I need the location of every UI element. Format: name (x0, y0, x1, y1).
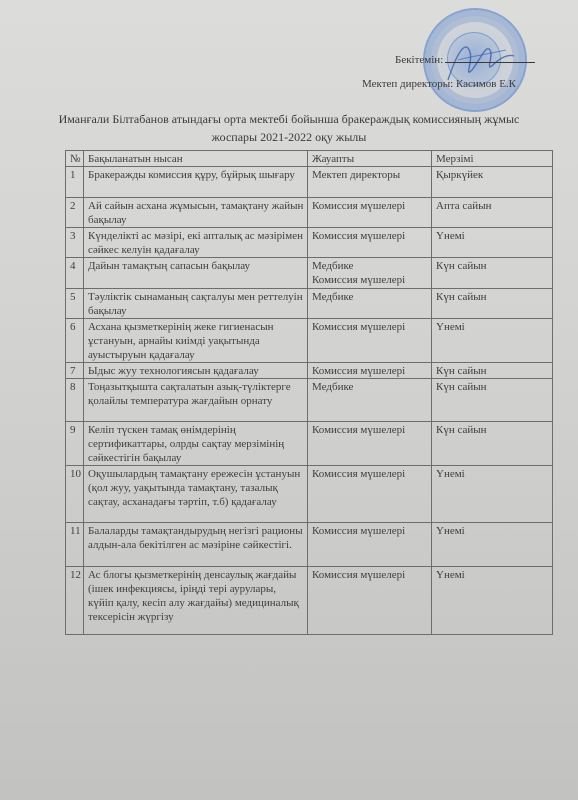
table-row: 4Дайын тамақтың сапасын бақылауМедбике К… (66, 258, 553, 289)
row-responsible: Комиссия мүшелері (308, 228, 432, 258)
row-term: Қыркүйек (432, 167, 553, 198)
row-number: 2 (66, 198, 84, 228)
row-number: 5 (66, 289, 84, 319)
row-object: Ай сайын асхана жұмысын, тамақтану жайын… (84, 198, 308, 228)
row-term: Үнемі (432, 567, 553, 635)
row-object: Тәуліктік сынаманың сақталуы мен реттелу… (84, 289, 308, 319)
table-row: 7Ыдыс жуу технологиясын қадағалауКомисси… (66, 363, 553, 379)
row-term: Күн сайын (432, 258, 553, 289)
row-number: 9 (66, 422, 84, 466)
row-term: Күн сайын (432, 379, 553, 422)
commission-plan-table: № Бақыланатын нысан Жауапты Мерзімі 1Бра… (65, 150, 553, 635)
row-responsible: Комиссия мүшелері (308, 523, 432, 567)
table-row: 5Тәуліктік сынаманың сақталуы мен реттел… (66, 289, 553, 319)
row-object: Оқушылардың тамақтану ережесін ұстануын … (84, 466, 308, 523)
row-object: Тоңазытқышта сақталатын азық-түліктерге … (84, 379, 308, 422)
table-row: 6Асхана қызметкерінің жеке гигиенасын ұс… (66, 319, 553, 363)
signature-underline (445, 52, 535, 63)
row-number: 12 (66, 567, 84, 635)
row-number: 4 (66, 258, 84, 289)
row-object: Ас блогы қызметкерінің денсаулық жағдайы… (84, 567, 308, 635)
row-object: Дайын тамақтың сапасын бақылау (84, 258, 308, 289)
row-responsible: Комиссия мүшелері (308, 363, 432, 379)
row-term: Күн сайын (432, 363, 553, 379)
approval-line: Бекітемін: (395, 52, 535, 66)
row-term: Үнемі (432, 228, 553, 258)
header-term: Мерзімі (432, 151, 553, 167)
row-term: Үнемі (432, 466, 553, 523)
row-number: 10 (66, 466, 84, 523)
row-term: Күн сайын (432, 422, 553, 466)
table-row: 9Келіп түскен тамақ өнімдерінің сертифик… (66, 422, 553, 466)
table-row: 3Күнделікті ас мәзірі, екі апталық ас мә… (66, 228, 553, 258)
row-responsible: Комиссия мүшелері (308, 198, 432, 228)
row-responsible: Мектеп директоры (308, 167, 432, 198)
row-object: Балаларды тамақтандырудың негізгі рацион… (84, 523, 308, 567)
row-number: 11 (66, 523, 84, 567)
row-object: Бракеражды комиссия құру, бұйрық шығару (84, 167, 308, 198)
row-number: 7 (66, 363, 84, 379)
title-line-1: Иманғали Білтабанов атындағы орта мектеб… (0, 110, 578, 128)
row-number: 1 (66, 167, 84, 198)
row-responsible: Медбике Комиссия мүшелері (308, 258, 432, 289)
row-term: Күн сайын (432, 289, 553, 319)
table-row: 11Балаларды тамақтандырудың негізгі раци… (66, 523, 553, 567)
row-responsible: Комиссия мүшелері (308, 567, 432, 635)
row-object: Күнделікті ас мәзірі, екі апталық ас мәз… (84, 228, 308, 258)
row-number: 6 (66, 319, 84, 363)
approve-label: Бекітемін: (395, 54, 443, 66)
table-row: 2Ай сайын асхана жұмысын, тамақтану жайы… (66, 198, 553, 228)
table-header-row: № Бақыланатын нысан Жауапты Мерзімі (66, 151, 553, 167)
table-row: 1Бракеражды комиссия құру, бұйрық шығару… (66, 167, 553, 198)
row-object: Асхана қызметкерінің жеке гигиенасын ұст… (84, 319, 308, 363)
row-responsible: Комиссия мүшелері (308, 319, 432, 363)
row-responsible: Медбике (308, 289, 432, 319)
approval-block: Бекітемін: Мектеп директоры: Касимов Е.К (278, 0, 578, 110)
header-responsible: Жауапты (308, 151, 432, 167)
row-number: 3 (66, 228, 84, 258)
row-term: Үнемі (432, 319, 553, 363)
table-row: 10Оқушылардың тамақтану ережесін ұстануы… (66, 466, 553, 523)
table-row: 12Ас блогы қызметкерінің денсаулық жағда… (66, 567, 553, 635)
title-line-2: жоспары 2021-2022 оқу жылы (0, 128, 578, 146)
row-responsible: Комиссия мүшелері (308, 422, 432, 466)
row-term: Үнемі (432, 523, 553, 567)
table-row: 8Тоңазытқышта сақталатын азық-түліктерге… (66, 379, 553, 422)
row-number: 8 (66, 379, 84, 422)
header-number: № (66, 151, 84, 167)
row-object: Келіп түскен тамақ өнімдерінің сертифика… (84, 422, 308, 466)
row-term: Апта сайын (432, 198, 553, 228)
row-object: Ыдыс жуу технологиясын қадағалау (84, 363, 308, 379)
document-title: Иманғали Білтабанов атындағы орта мектеб… (0, 110, 578, 146)
header-object: Бақыланатын нысан (84, 151, 308, 167)
row-responsible: Медбике (308, 379, 432, 422)
row-responsible: Комиссия мүшелері (308, 466, 432, 523)
director-name: Мектеп директоры: Касимов Е.К (362, 78, 516, 90)
